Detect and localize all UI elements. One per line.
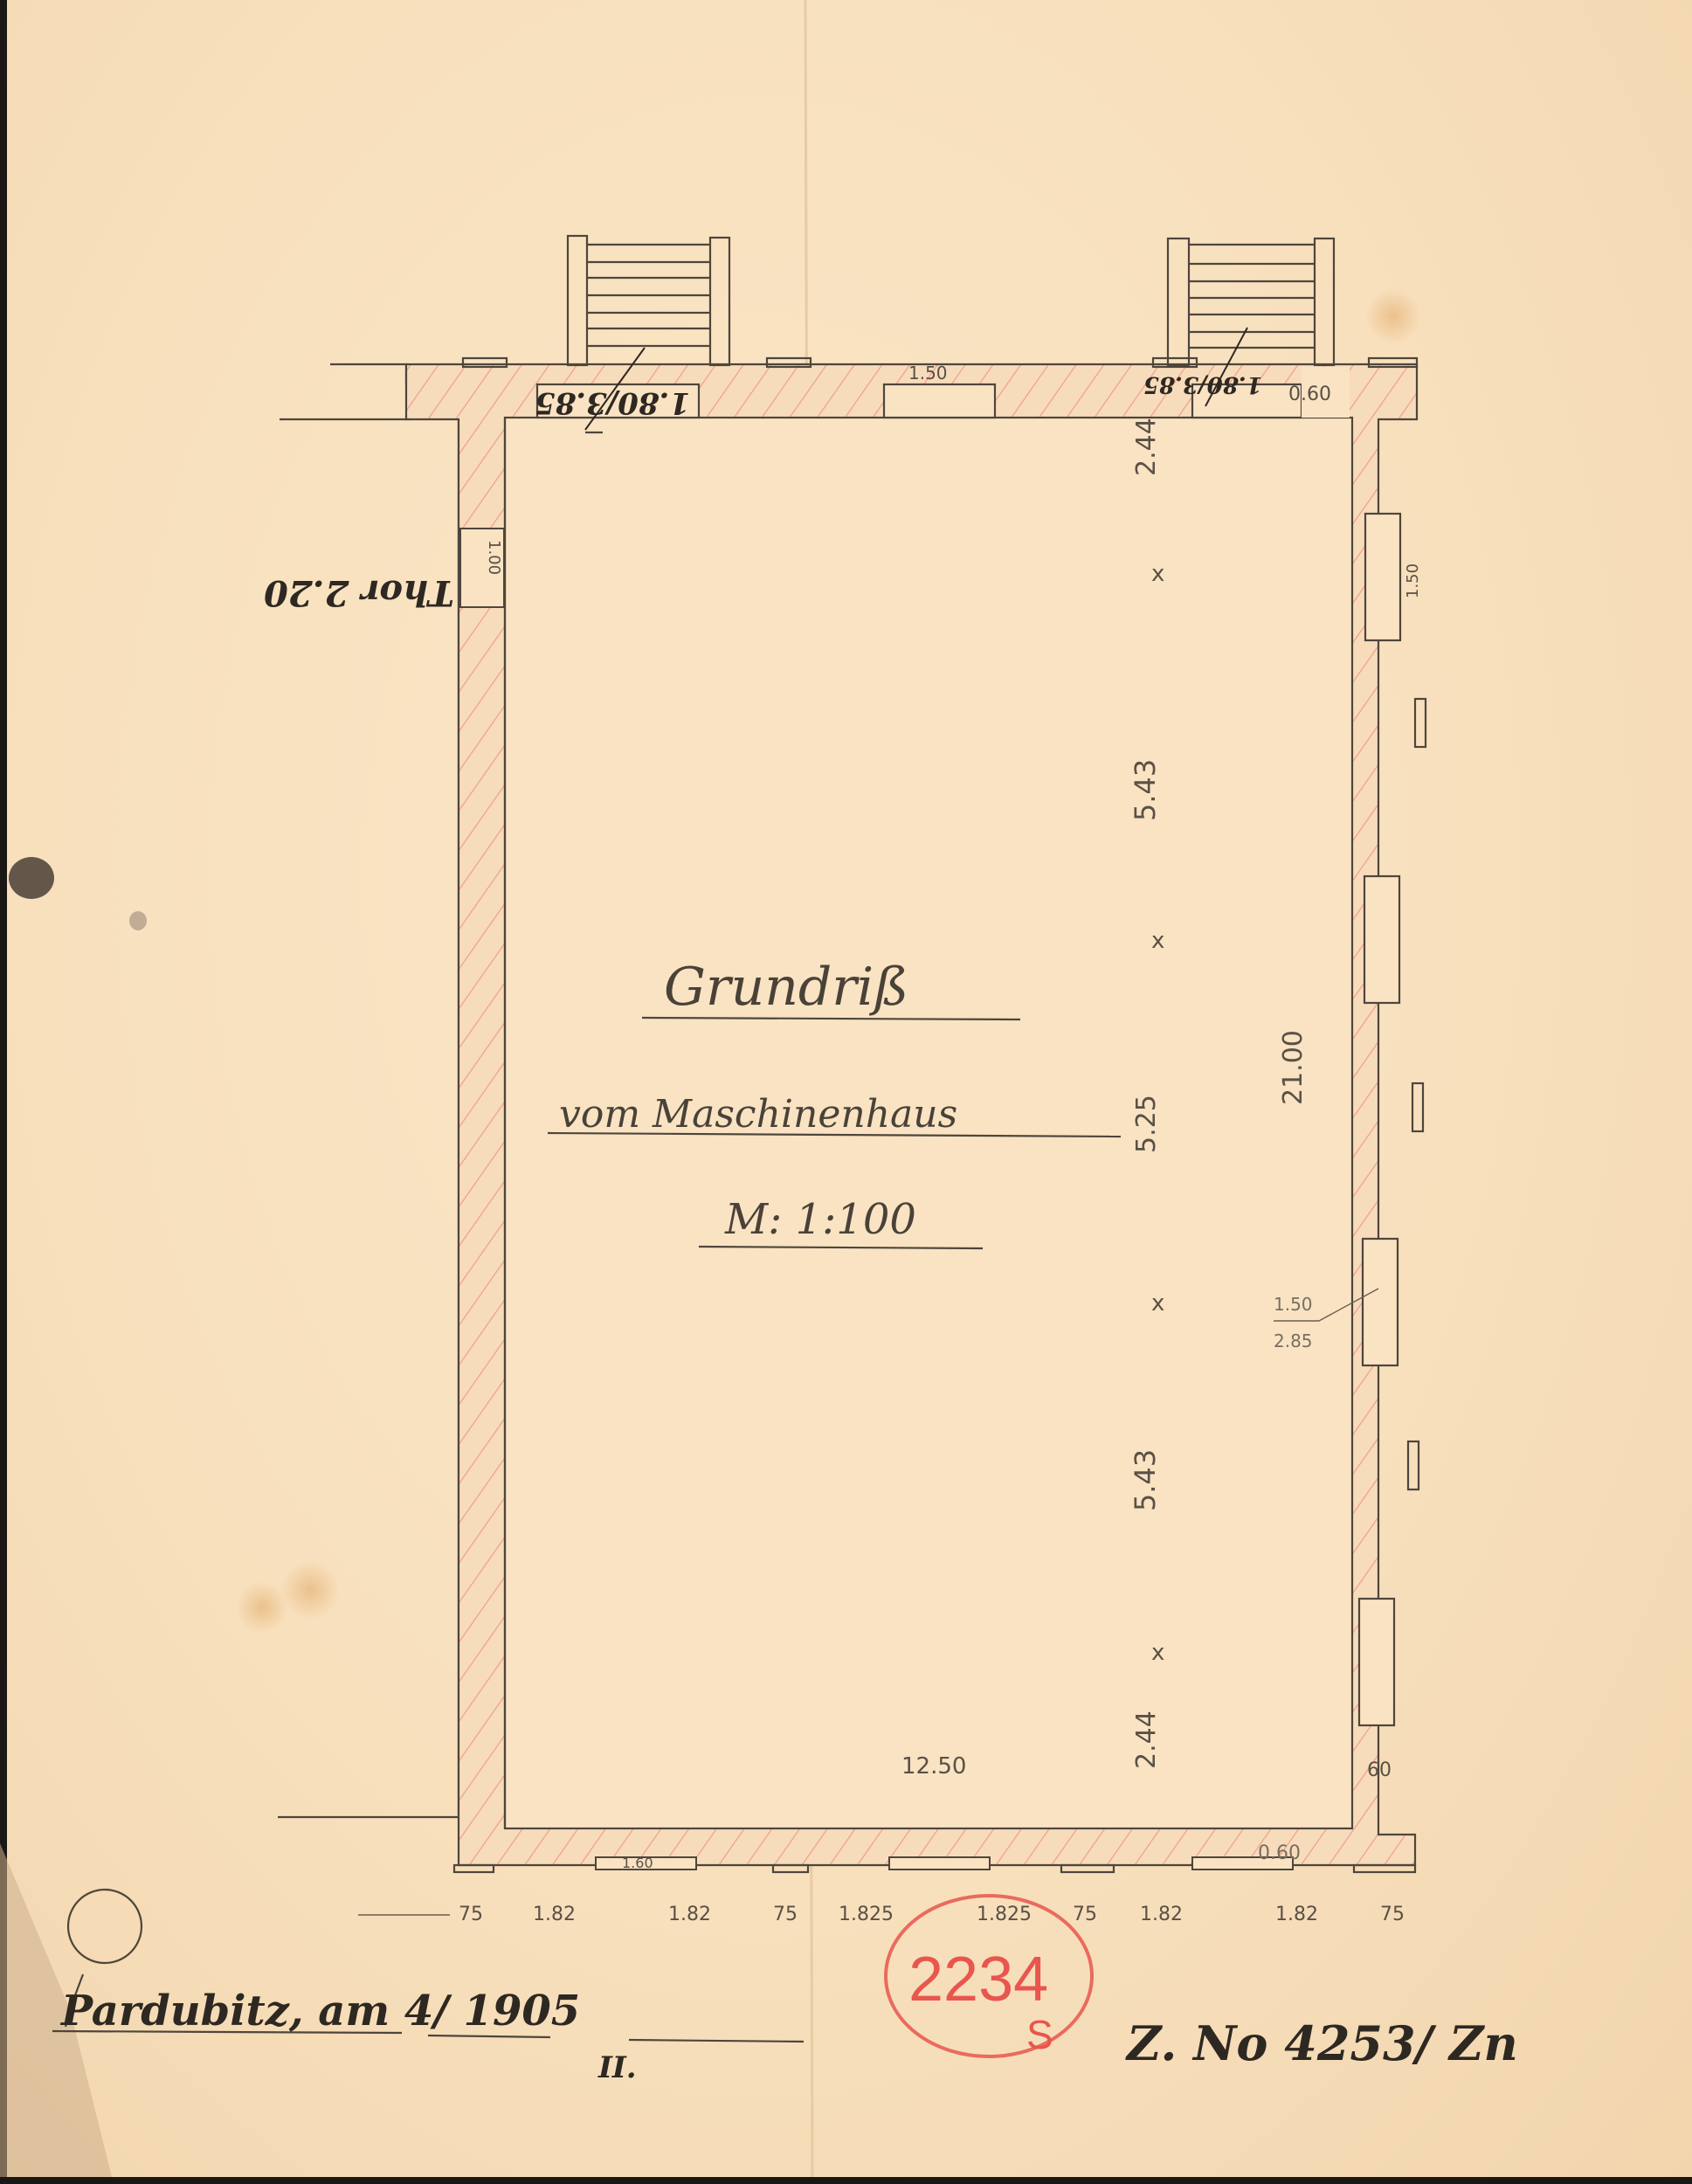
- dim-right-wall: 60: [1367, 1759, 1392, 1781]
- dim-side-note-upper: 1.50: [1274, 1294, 1313, 1315]
- scale-label: M: 1:100: [724, 1195, 916, 1244]
- chain-seg: 75: [1073, 1904, 1097, 1925]
- chain-seg: 75: [459, 1904, 483, 1925]
- dim-chain-2: 5.43: [1129, 759, 1162, 821]
- tick: x: [1151, 1640, 1164, 1666]
- tick: x: [1151, 561, 1164, 587]
- water-stain: [1365, 288, 1421, 344]
- right-window-3: [1363, 1239, 1398, 1365]
- date-month: II.: [597, 2050, 637, 2085]
- chain-seg: 75: [773, 1904, 798, 1925]
- stamp-suffix: S: [1026, 2012, 1053, 2057]
- title-line-2: vom Maschinenhaus: [559, 1092, 957, 1137]
- water-stain: [236, 1581, 288, 1634]
- water-stain: [280, 1560, 340, 1620]
- top-window: [884, 384, 995, 418]
- drawing-sheet: 1.80/3.85 1.80/3.85 1.50 0.60 1.00 Thor …: [0, 0, 1692, 2184]
- right-window-1: [1365, 514, 1400, 640]
- chain-seg: 1.825: [839, 1904, 894, 1925]
- chain-seg: 1.82: [1140, 1904, 1183, 1925]
- dim-bottom-window: 1.60: [622, 1855, 653, 1871]
- chain-seg: 1.825: [977, 1904, 1032, 1925]
- door-label: Thor 2.20: [264, 572, 454, 613]
- tick: x: [1151, 928, 1164, 954]
- dim-chain-1: 2.44: [1131, 418, 1162, 476]
- dim-stair-right: 1.80/3.85: [1143, 371, 1262, 397]
- dim-wall-corner-top: 0.60: [1288, 384, 1331, 405]
- dim-top-window: 1.50: [908, 363, 948, 384]
- chain-seg: 1.82: [668, 1904, 711, 1925]
- dim-chain-4: 5.43: [1129, 1449, 1162, 1511]
- right-window-4: [1359, 1599, 1394, 1725]
- chain-seg: 1.82: [1275, 1904, 1318, 1925]
- right-window-2: [1364, 876, 1399, 1003]
- dim-stair-left: 1.80/3.85: [535, 385, 690, 420]
- dim-chain-3: 5.25: [1131, 1095, 1162, 1153]
- dim-side-note-lower: 2.85: [1274, 1330, 1313, 1351]
- chain-seg: 1.82: [533, 1904, 576, 1925]
- floor-plan-drawing: 1.80/3.85 1.80/3.85 1.50 0.60 1.00 Thor …: [0, 0, 1692, 2184]
- stamp-number: 2234: [908, 1945, 1048, 2015]
- chain-seg: 75: [1380, 1904, 1405, 1925]
- ink-blot: [9, 857, 54, 899]
- dim-bottom-wall: 0.60: [1258, 1842, 1301, 1864]
- place-date: Pardubitz, am 4/ 1905: [59, 1987, 580, 2035]
- ink-blot: [129, 911, 147, 930]
- dim-inner-width: 12.50: [901, 1753, 966, 1780]
- dim-chain-5: 2.44: [1131, 1711, 1162, 1769]
- tick: x: [1151, 1290, 1164, 1317]
- dim-overall-length: 21.00: [1278, 1030, 1309, 1105]
- dim-left-door: 1.00: [485, 540, 503, 575]
- reference-number: Z. No 4253/ Zn: [1125, 2015, 1518, 2071]
- title-line-1: Grundriß: [664, 957, 908, 1018]
- dim-right-window: 1.50: [1404, 563, 1422, 598]
- bottom-dimension-chain: 75 1.82 1.82 75 1.825 1.825 75 1.82 1.82…: [358, 1904, 1405, 1925]
